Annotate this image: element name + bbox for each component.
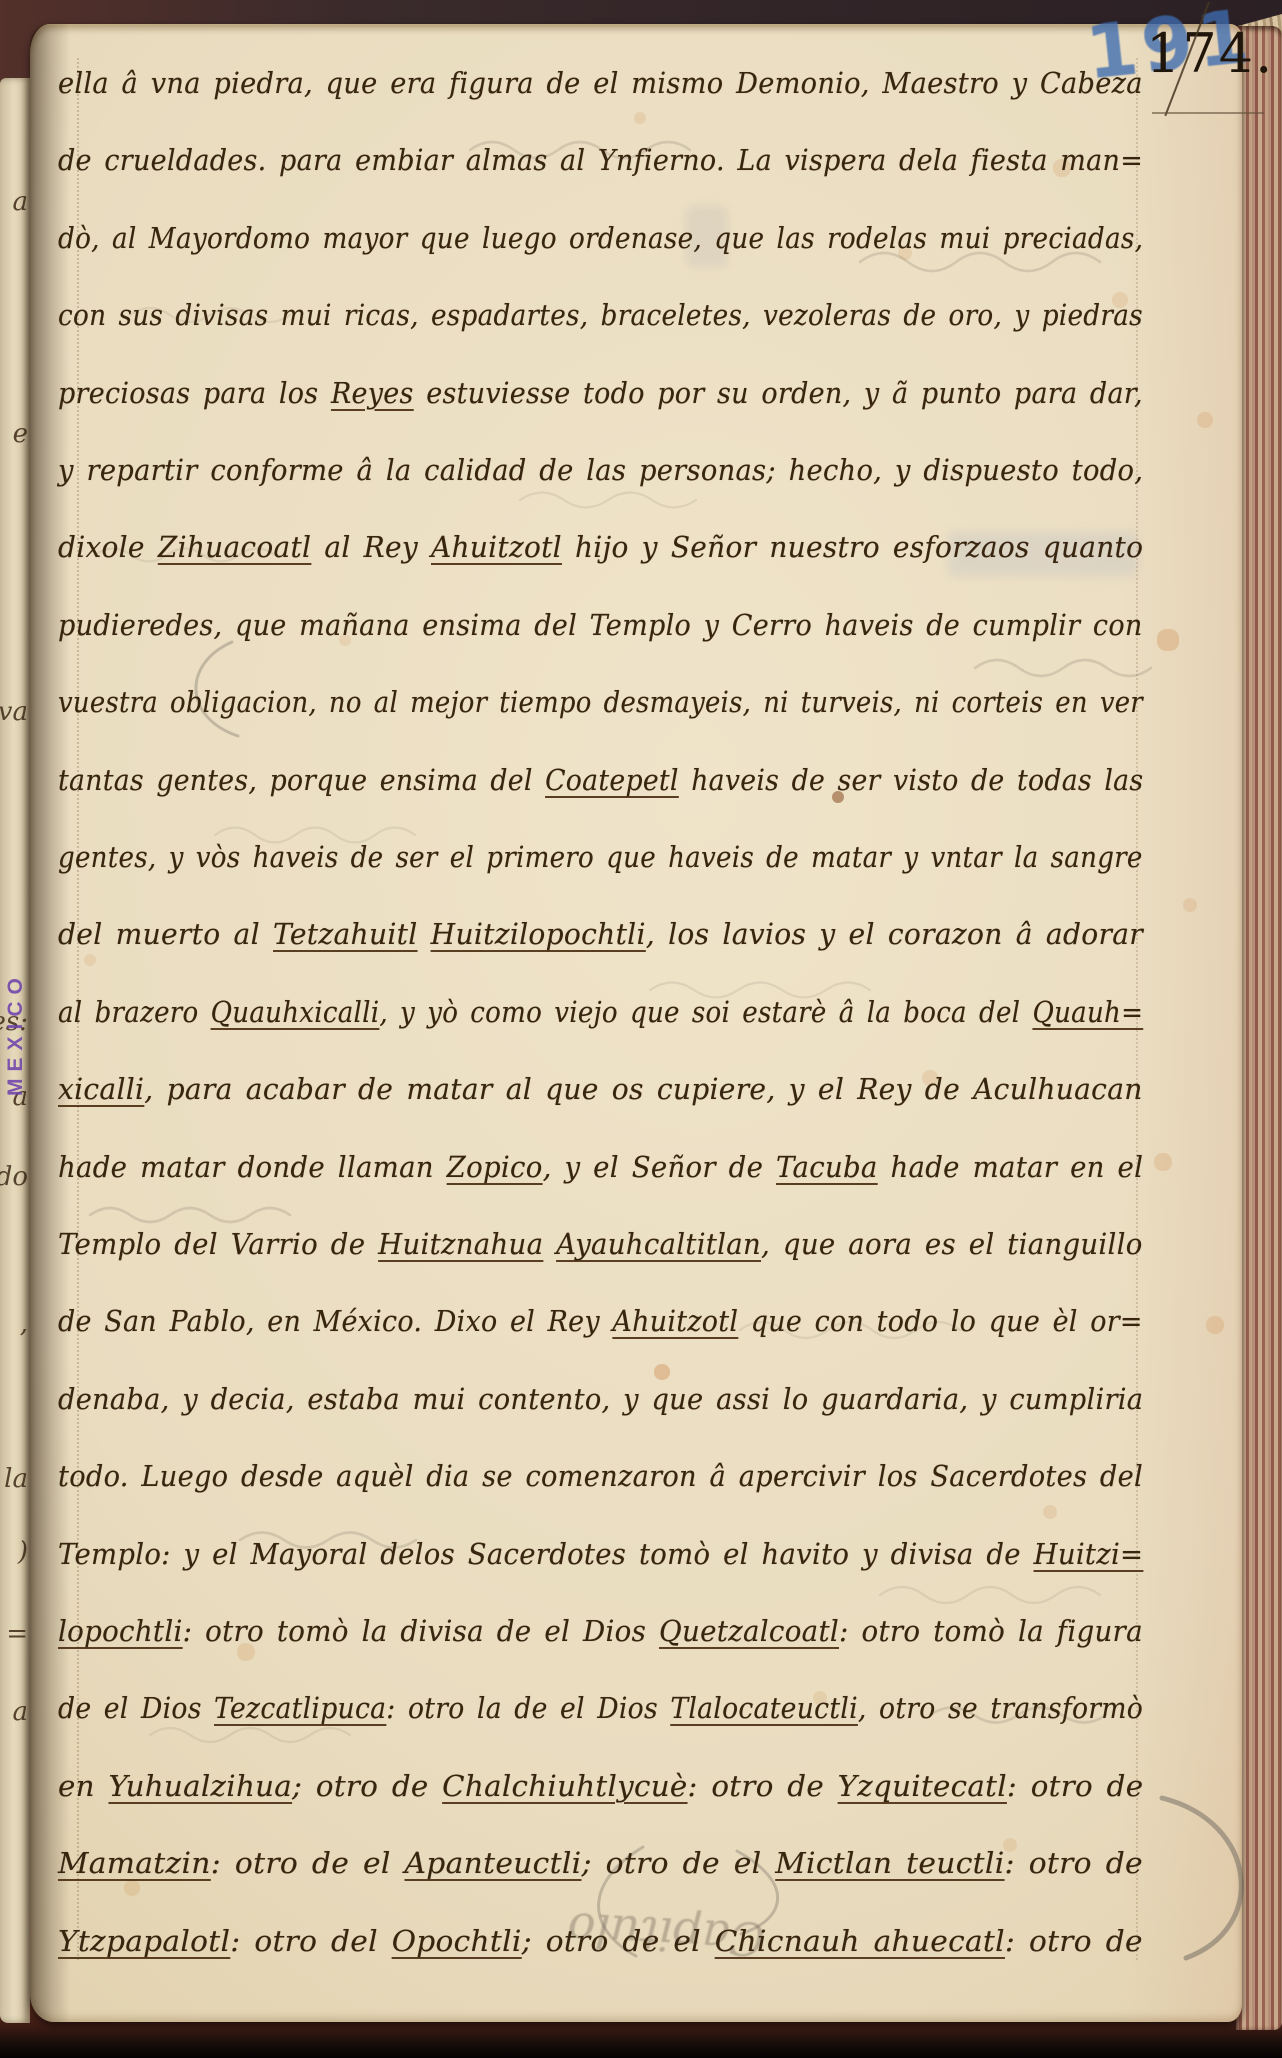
underlined-name: Yzquitecatl [838, 1769, 1007, 1803]
manuscript-line: de crueldades. para embiar almas al Ynfi… [58, 143, 1143, 177]
manuscript-line: en Yuhualzihua; otro de Chalchiuhtlycuè:… [58, 1769, 1143, 1803]
manuscript-line: vuestra obligacion, no al mejor tiempo d… [58, 685, 1143, 719]
underlined-name: Tlalocateuctli [670, 1691, 858, 1725]
underlined-name: Huitznahua [378, 1227, 543, 1261]
manuscript-line: pudieredes, que mañana ensima del Templo… [58, 608, 1143, 642]
manuscript-line: de el Dios Tezcatlipuca: otro la de el D… [58, 1691, 1143, 1725]
manuscript-line: Mamatzin: otro de el Apanteuctli; otro d… [58, 1846, 1143, 1880]
manuscript-line: tantas gentes, porque ensima del Coatepe… [58, 763, 1143, 797]
manuscript-line: preciosas para los Reyes estuviesse todo… [58, 376, 1143, 410]
underlined-name: Reyes [331, 376, 414, 410]
underlined-name: lopochtli [58, 1614, 183, 1648]
underlined-name: Apanteuctli [405, 1846, 582, 1880]
underlined-name: Mictlan teuctli [775, 1846, 1004, 1880]
underlined-name: Chicnauh ahuecatl [715, 1924, 1005, 1958]
underlined-name: Tetzahuitl [273, 917, 418, 951]
manuscript-line: al brazero Quauhxicalli, y yò como viejo… [58, 995, 1143, 1029]
underlined-name: Ahuitzotl [431, 530, 562, 564]
underlined-name: Ytzpapalotl [58, 1924, 230, 1958]
manuscript-line: ella â vna piedra, que era figura de el … [58, 66, 1143, 100]
manuscript-line: Ytzpapalotl: otro del Opochtli; otro de … [58, 1924, 1143, 1958]
underlined-name: Coatepetl [545, 763, 679, 797]
underlined-name: Quauhxicalli [211, 995, 380, 1029]
underlined-name: Ahuitzotl [612, 1304, 738, 1338]
underlined-name: xicalli [58, 1072, 144, 1106]
manuscript-line: y repartir conforme â la calidad de las … [58, 453, 1143, 487]
manuscript-line: gentes, y vòs haveis de ser el primero q… [58, 840, 1143, 874]
manuscript-line: de San Pablo, en México. Dixo el Rey Ahu… [58, 1304, 1143, 1338]
manuscript-line: denaba, y decia, estaba mui contento, y … [58, 1382, 1143, 1416]
folio-number-ink: 174. [1146, 22, 1274, 85]
underlined-name: Quetzalcoatl [659, 1614, 839, 1648]
underlined-name: Tezcatlipuca [214, 1691, 386, 1725]
underlined-name: Zihuacoatl [158, 530, 311, 564]
underlined-name: Quauh= [1032, 995, 1143, 1029]
header-rule-line [1152, 112, 1264, 114]
underlined-name: Opochtli [392, 1924, 522, 1958]
manuscript-line: con sus divisas mui ricas, espadartes, b… [58, 298, 1143, 332]
underlined-name: Huitzi= [1034, 1537, 1144, 1571]
manuscript-line: todo. Luego desde aquèl dia se comenzaro… [58, 1459, 1143, 1493]
underlined-name: Huitzilopochtli [431, 917, 646, 951]
underlined-name: Ayauhcaltitlan [556, 1227, 761, 1261]
manuscript-text: ella â vna piedra, que era figura de el … [0, 0, 1282, 2058]
manuscript-line: Templo: y el Mayoral delos Sacerdotes to… [58, 1537, 1143, 1571]
manuscript-line: lopochtli: otro tomò la divisa de el Dio… [58, 1614, 1143, 1648]
underlined-name: Chalchiuhtlycuè [442, 1769, 687, 1803]
underlined-name: Mamatzin [58, 1846, 211, 1880]
underlined-name: Zopico [447, 1150, 543, 1184]
manuscript-scan: aevaes:ado,la)=a Capitulo ella â vna pie… [0, 0, 1282, 2058]
manuscript-line: del muerto al Tetzahuitl Huitzilopochtli… [58, 917, 1143, 951]
manuscript-line: Templo del Varrio de Huitznahua Ayauhcal… [58, 1227, 1143, 1261]
underlined-name: Yuhualzihua [108, 1769, 292, 1803]
manuscript-line: xicalli, para acabar de matar al que os … [58, 1072, 1143, 1106]
library-stamp-mexico: MEXICO [4, 906, 40, 1096]
manuscript-line: dixole Zihuacoatl al Rey Ahuitzotl hijo … [58, 530, 1143, 564]
manuscript-line: dò, al Mayordomo mayor que luego ordenas… [58, 221, 1143, 255]
manuscript-line: hade matar donde llaman Zopico, y el Señ… [58, 1150, 1143, 1184]
underlined-name: Tacuba [776, 1150, 878, 1184]
